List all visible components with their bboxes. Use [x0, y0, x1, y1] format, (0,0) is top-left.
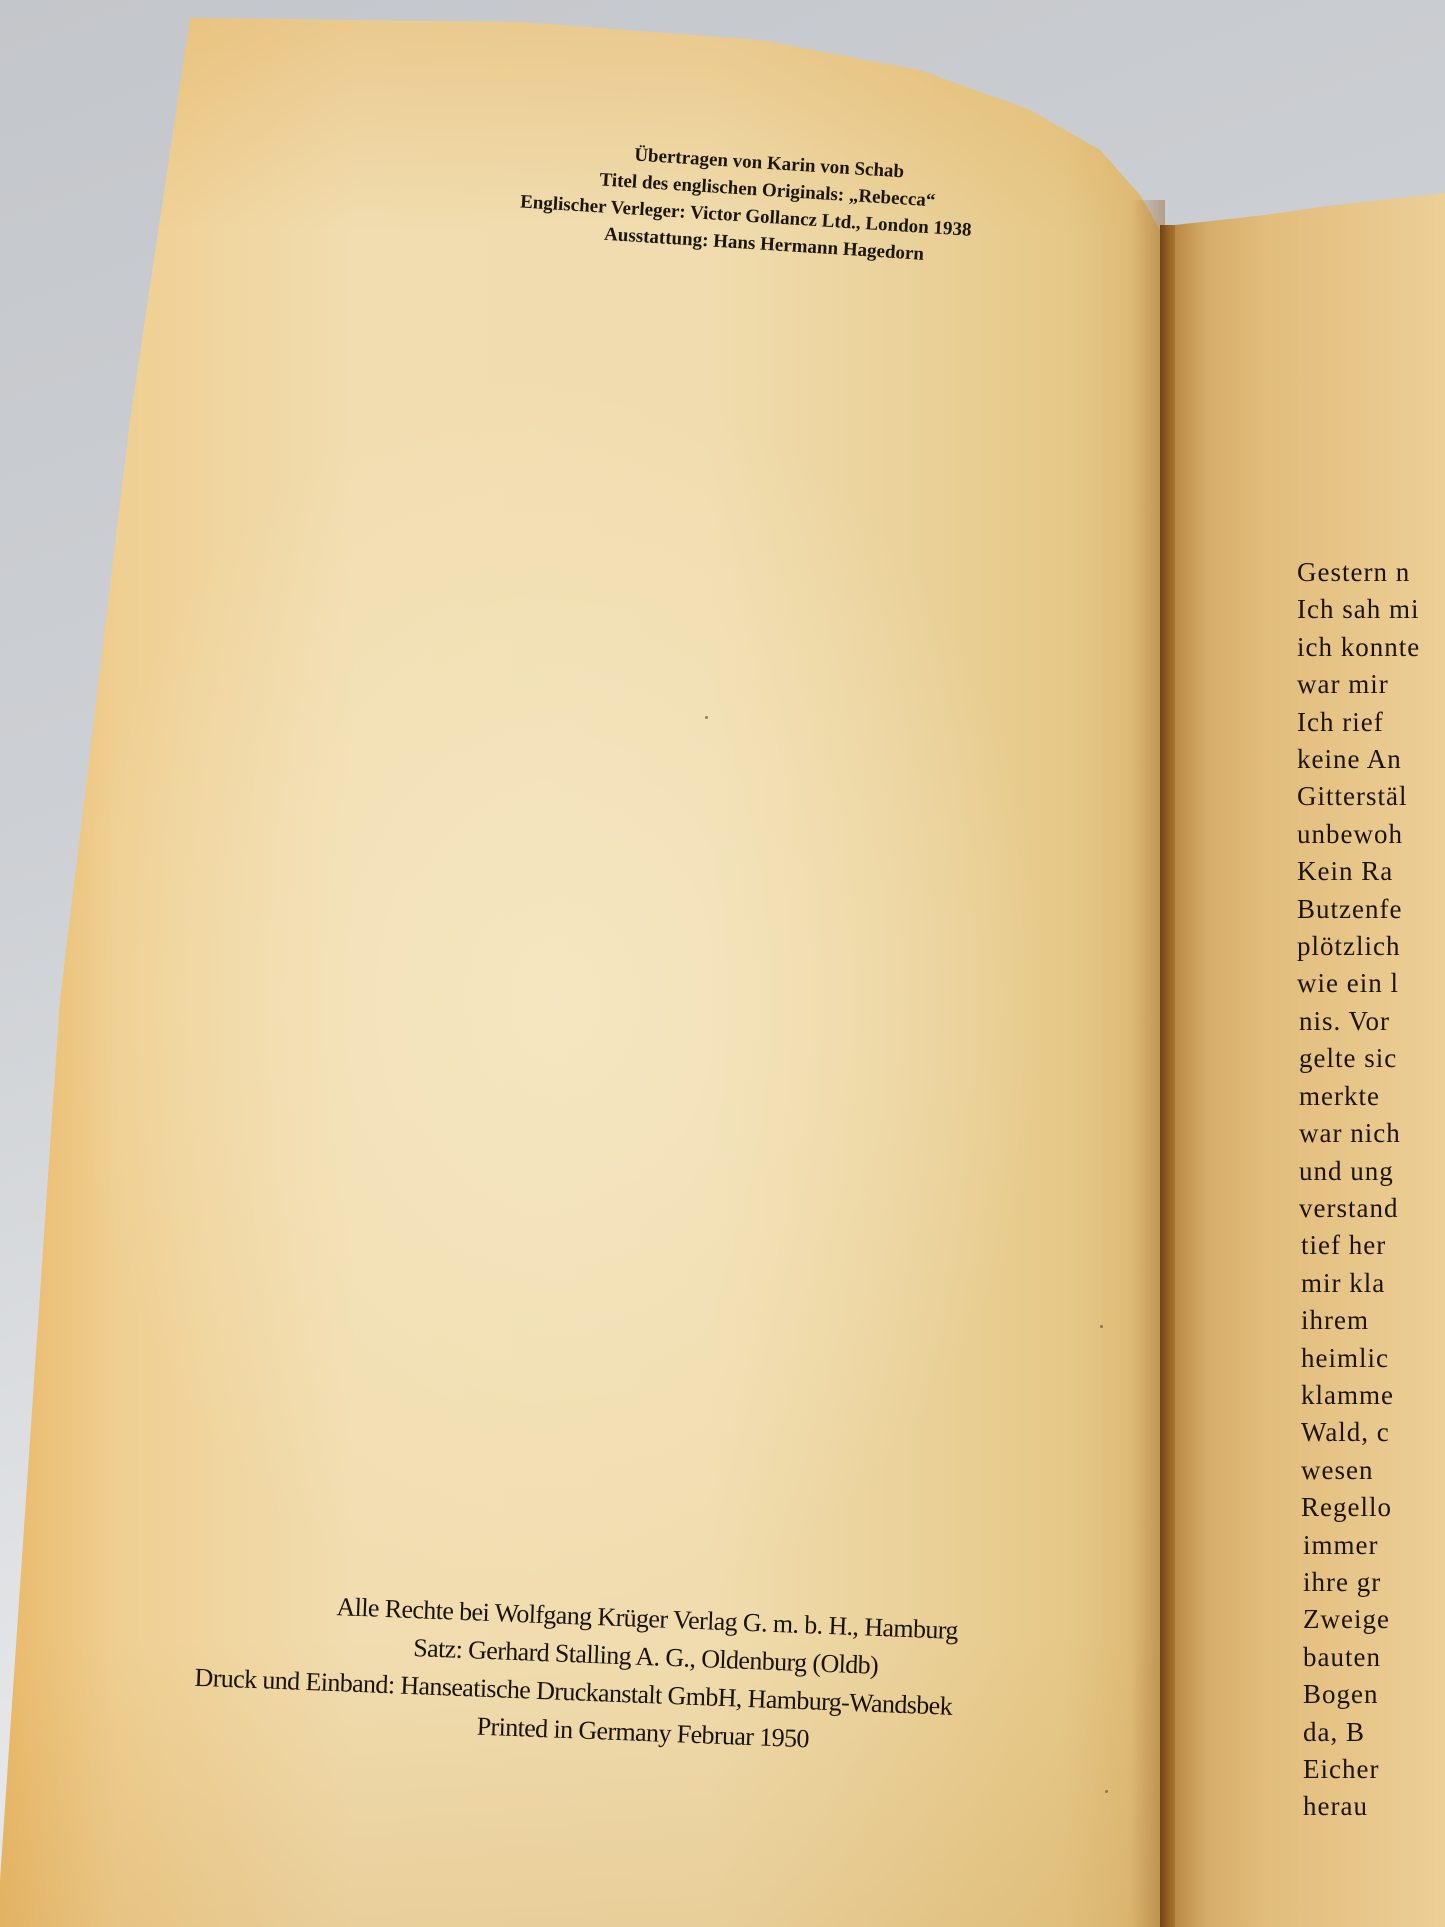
text-line: da, B — [1303, 1714, 1445, 1751]
text-line: keine An — [1297, 741, 1445, 778]
text-line: Kein Ra — [1297, 853, 1445, 890]
text-line: unbewoh — [1297, 816, 1445, 853]
text-line: Ich rief — [1297, 704, 1445, 741]
text-line: war mir — [1297, 666, 1445, 703]
paper-speck — [705, 716, 708, 719]
text-line: Zweige — [1303, 1601, 1445, 1638]
text-line: ihrem — [1301, 1302, 1445, 1339]
paper-speck — [1100, 1325, 1103, 1328]
text-line: klamme — [1301, 1377, 1445, 1414]
text-line: war nich — [1299, 1115, 1445, 1152]
text-line: wie ein l — [1297, 965, 1445, 1002]
text-line: Gestern n — [1297, 554, 1445, 591]
text-line: Regello — [1301, 1489, 1445, 1526]
text-line: heimlic — [1301, 1340, 1445, 1377]
text-line: Butzenfe — [1297, 891, 1445, 928]
text-line: herau — [1303, 1788, 1445, 1825]
text-line: Wald, c — [1301, 1414, 1445, 1451]
text-line: Bogen — [1303, 1676, 1445, 1713]
text-line: verstand — [1299, 1190, 1445, 1227]
text-line: Gitterstäl — [1297, 778, 1445, 815]
text-line: ich konnte — [1297, 629, 1445, 666]
text-line: ihre gr — [1303, 1564, 1445, 1601]
text-line: wesen — [1301, 1452, 1445, 1489]
text-line: tief her — [1301, 1227, 1445, 1264]
text-line: gelte sic — [1299, 1040, 1445, 1077]
paper-speck — [1105, 1790, 1108, 1793]
text-line: Ich sah mi — [1297, 591, 1445, 628]
text-line: nis. Vor — [1299, 1003, 1445, 1040]
book-photo: Übertragen von Karin von Schab Titel des… — [0, 0, 1445, 1927]
text-line: bauten — [1303, 1639, 1445, 1676]
chapter-text: Gestern n Ich sah mi ich konnte war mir … — [1297, 554, 1445, 1826]
text-line: Eicher — [1303, 1751, 1445, 1788]
text-line: mir kla — [1301, 1265, 1445, 1302]
text-line: plötzlich — [1297, 928, 1445, 965]
text-line: und ung — [1299, 1153, 1445, 1190]
text-line: immer — [1303, 1527, 1445, 1564]
text-line: merkte — [1299, 1078, 1445, 1115]
